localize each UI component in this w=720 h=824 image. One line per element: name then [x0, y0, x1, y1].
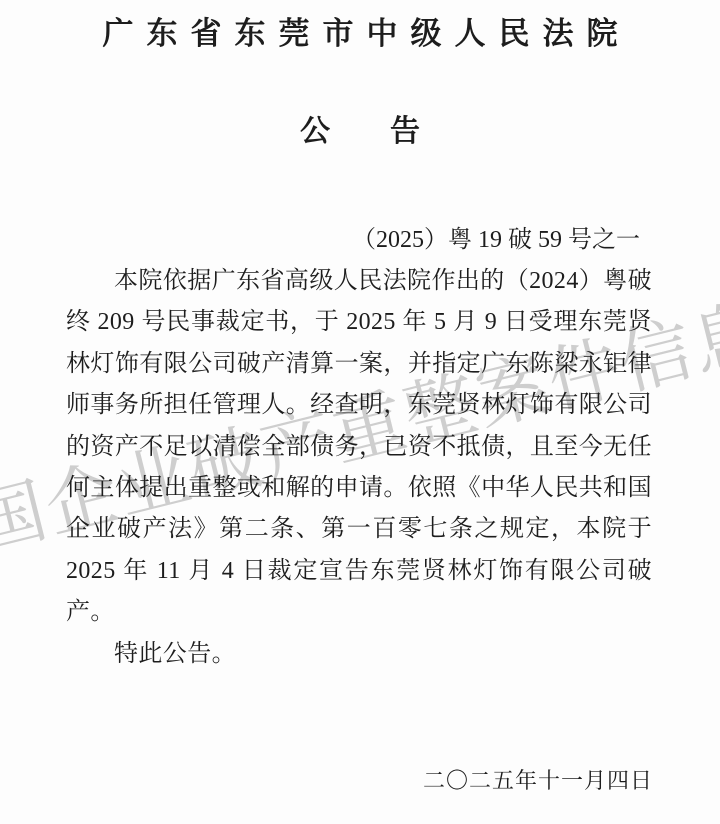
- court-name-heading: 广东省东莞市中级人民法院: [0, 14, 720, 54]
- case-number: （2025）粤 19 破 59 号之一: [352, 225, 640, 255]
- court-announcement-document: 国企业破产重整案件信息 广东省东莞市中级人民法院 公 告 （2025）粤 19 …: [0, 0, 720, 824]
- announcement-body: 本院依据广东省高级人民法院作出的（2024）粤破终 209 号民事裁定书，于 2…: [66, 261, 652, 675]
- body-paragraph: 本院依据广东省高级人民法院作出的（2024）粤破终 209 号民事裁定书，于 2…: [66, 261, 652, 634]
- closing-line: 特此公告。: [66, 634, 652, 675]
- announcement-date: 二〇二五年十一月四日: [423, 766, 653, 796]
- announcement-heading: 公 告: [0, 112, 720, 152]
